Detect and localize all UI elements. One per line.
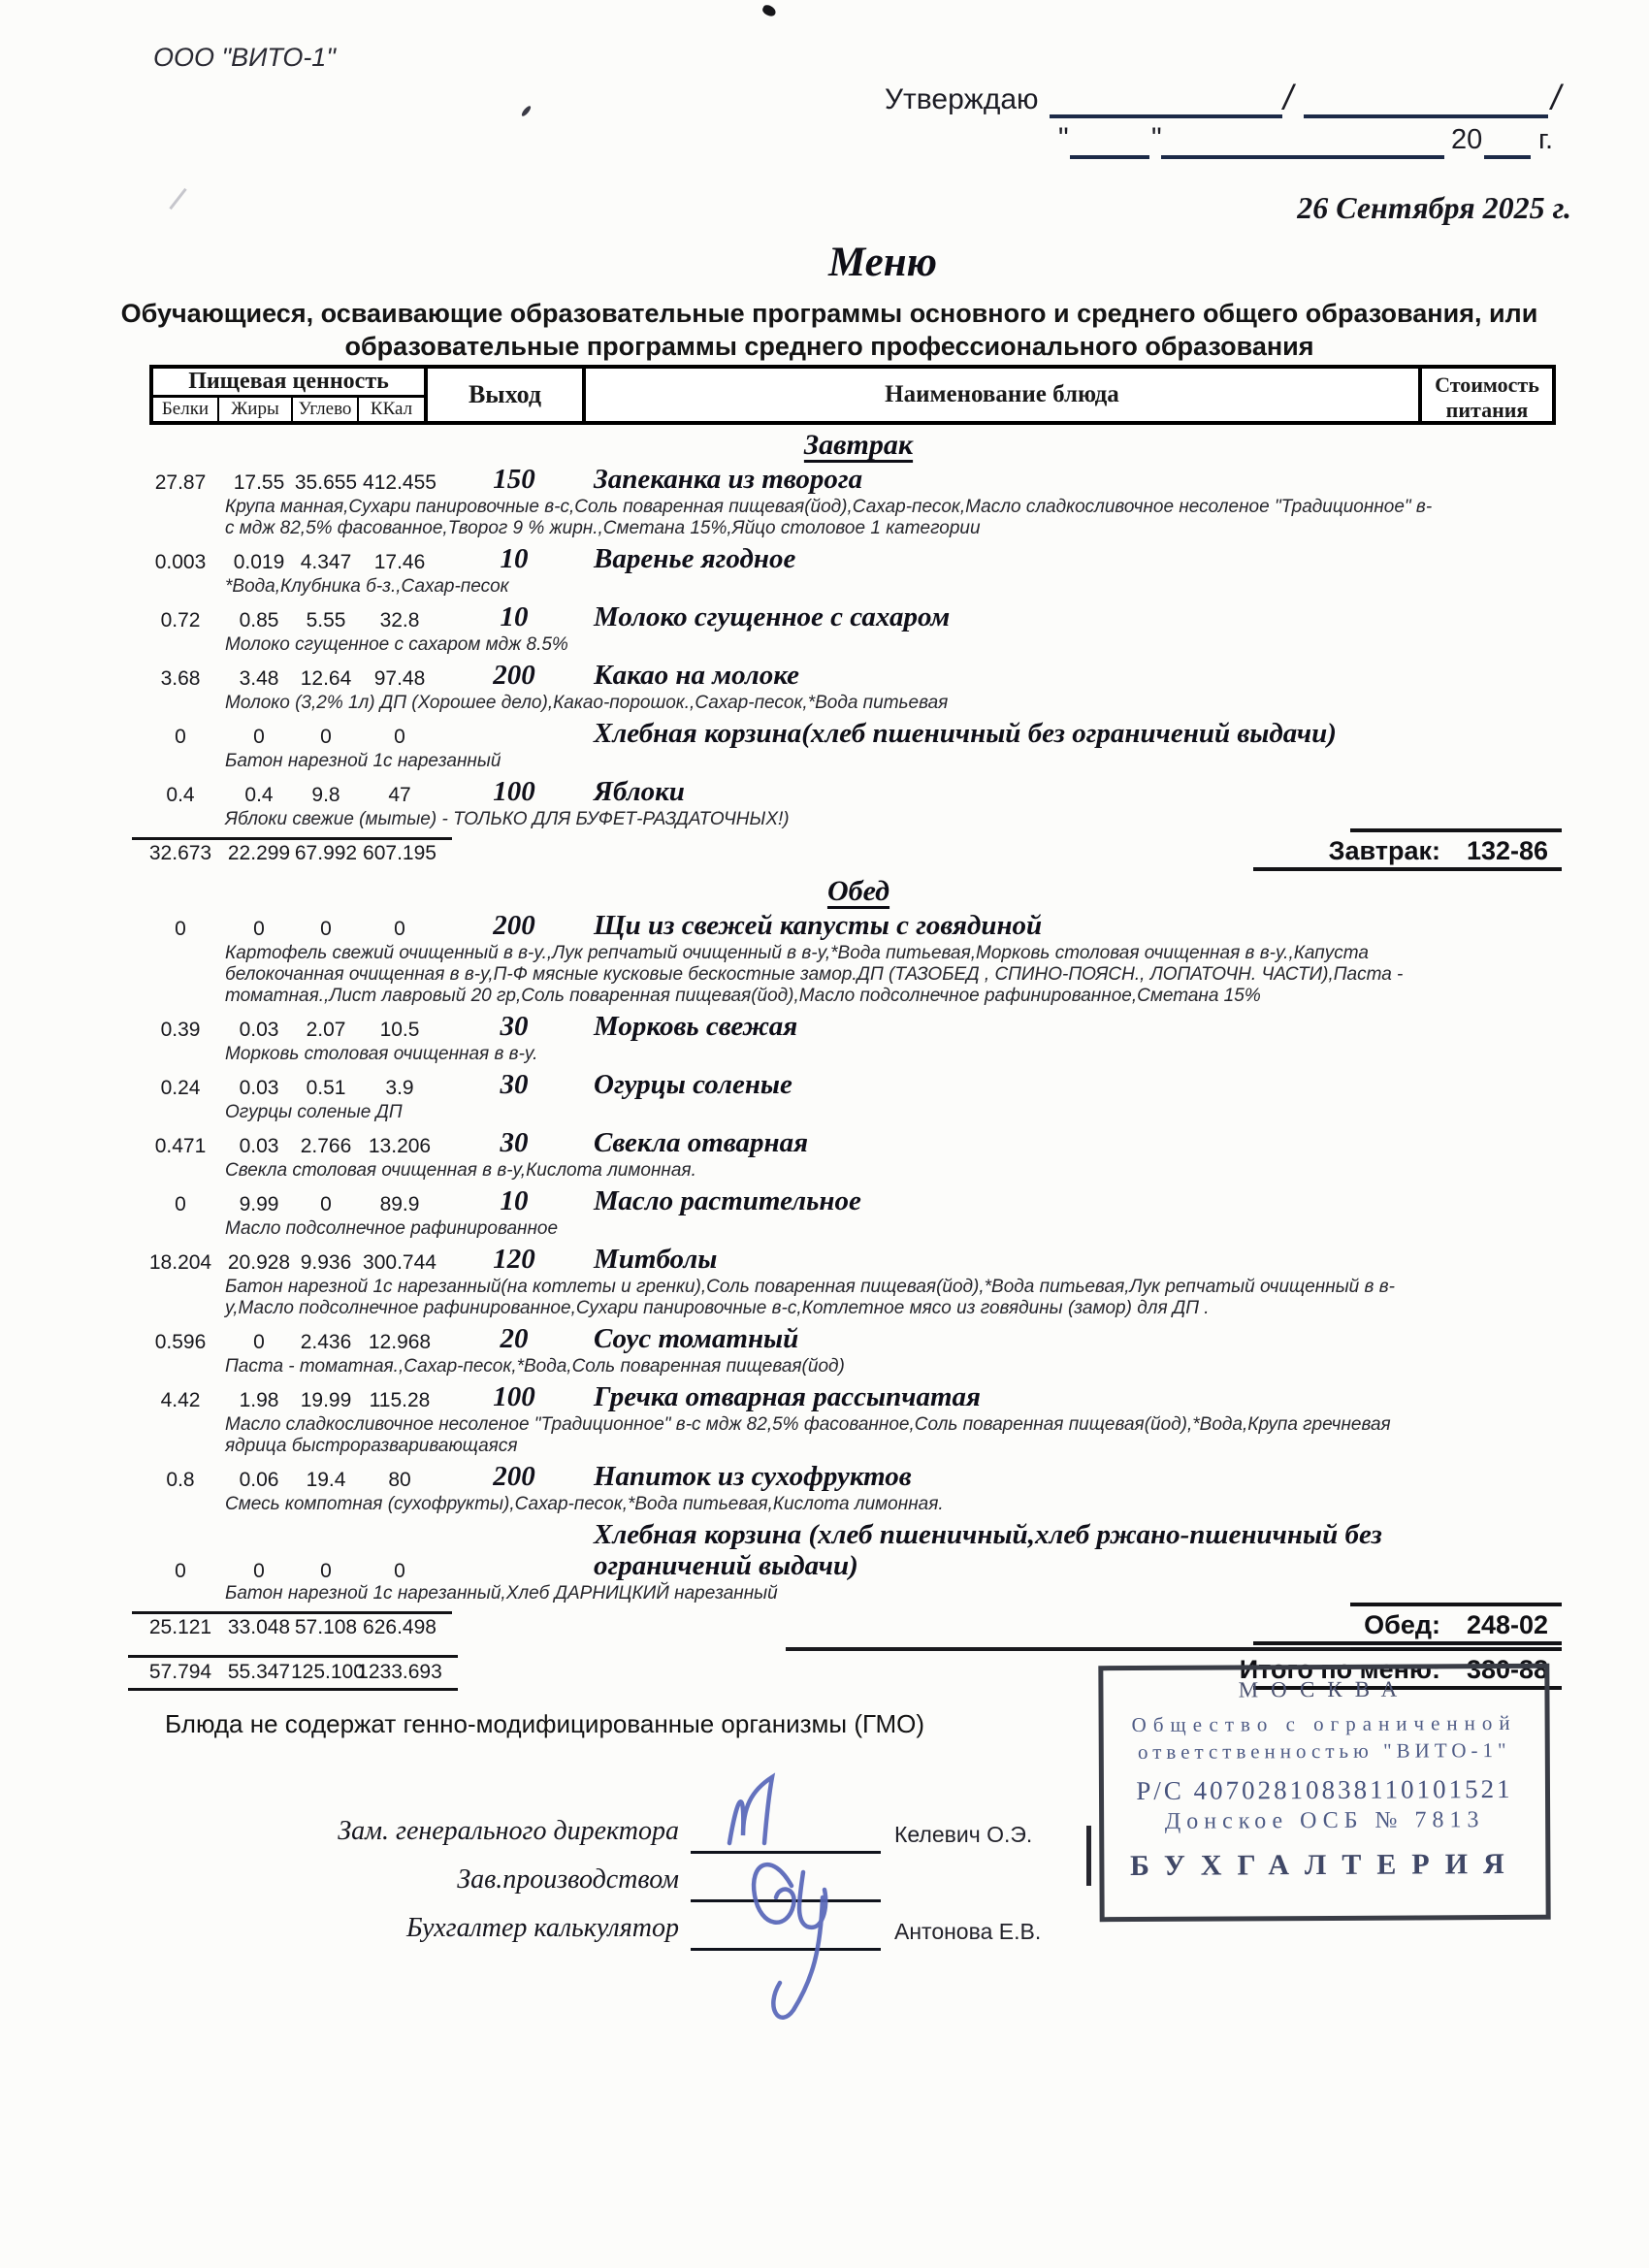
protein-value: 0.471 — [134, 1135, 227, 1158]
kcal-column-header: ККал — [359, 398, 424, 421]
nutrition-header-group: Пищевая ценность Белки Жиры Углево ККал — [153, 369, 428, 421]
portion-value: 10 — [441, 543, 587, 575]
dish-name: Свекла отварная — [594, 1127, 1408, 1158]
dish-ingredients: Огурцы соленые ДП — [225, 1102, 1438, 1123]
dish-name: Митболы — [594, 1244, 1408, 1275]
menu-row: 0.003 0.019 4.347 17.46 10 Варенье ягодн… — [0, 543, 1649, 598]
approve-signature-line — [1050, 114, 1282, 118]
portion-value: 120 — [441, 1244, 587, 1276]
kcal-value: 10.5 — [357, 1019, 442, 1042]
fat-value: 0 — [225, 918, 293, 941]
menu-body: Завтрак 27.87 17.55 35.655 412.455 150 З… — [0, 425, 1649, 1739]
portion-value: 20 — [441, 1323, 587, 1355]
portion-value: 10 — [441, 601, 587, 633]
dish-name: Запеканка из творога — [594, 464, 1408, 495]
fat-value: 0.03 — [225, 1077, 293, 1100]
dish-name: Хлебная корзина (хлеб пшеничный,хлеб ржа… — [594, 1519, 1408, 1581]
kcal-value: 47 — [357, 784, 442, 807]
carbs-value: 5.55 — [291, 609, 361, 632]
kcal-value: 32.8 — [357, 609, 442, 632]
dish-name: Яблоки — [594, 776, 1408, 807]
fat-value: 0.03 — [225, 1019, 293, 1042]
dish-name: Соус томатный — [594, 1323, 1408, 1354]
approve-slash: / — [1283, 78, 1293, 118]
carbs-value: 4.347 — [291, 551, 361, 574]
menu-row: 0.596 0 2.436 12.968 20 Соус томатный Па… — [0, 1323, 1649, 1377]
org-name: ООО "ВИТО-1" — [153, 43, 336, 73]
menu-row: 0.72 0.85 5.55 32.8 10 Молоко сгущенное … — [0, 601, 1649, 656]
grand-total-underline — [128, 1688, 458, 1691]
menu-row: 18.204 20.928 9.936 300.744 120 Митболы … — [0, 1244, 1649, 1319]
totals-protein: 32.673 — [134, 842, 227, 865]
stamp-account-number: Р/С 40702810838110101521 — [1104, 1774, 1545, 1806]
grand-protein: 57.794 — [134, 1661, 227, 1684]
nutrition-subheaders: Белки Жиры Углево ККал — [153, 398, 424, 421]
lunch-total-label: Обед: — [1364, 1610, 1440, 1640]
protein-value: 0 — [134, 1560, 227, 1583]
document-date: 26 Сентября 2025 г. — [1086, 190, 1571, 226]
document-title: Меню — [155, 239, 1610, 286]
signature-role: Зам. генерального директора — [338, 1816, 679, 1847]
totals-kcal: 607.195 — [357, 842, 442, 865]
breakfast-rows: 27.87 17.55 35.655 412.455 150 Запеканка… — [0, 464, 1649, 830]
approve-year-line — [1484, 155, 1531, 159]
carbs-value: 19.4 — [291, 1469, 361, 1492]
menu-row: 4.42 1.98 19.99 115.28 100 Гречка отварн… — [0, 1381, 1649, 1457]
dish-ingredients: Масло сладкосливочное несоленое "Традици… — [225, 1414, 1438, 1457]
dish-name: Морковь свежая — [594, 1011, 1408, 1042]
approve-block: Утверждаю / / " " 20 г. — [873, 83, 1581, 190]
amount-overline — [1350, 1603, 1562, 1606]
kcal-value: 17.46 — [357, 551, 442, 574]
carbs-value: 9.8 — [291, 784, 361, 807]
dish-name: Масло растительное — [594, 1185, 1408, 1216]
dish-ingredients: Яблоки свежие (мытые) - ТОЛЬКО ДЛЯ БУФЕТ… — [225, 809, 1438, 830]
approve-label: Утверждаю — [885, 83, 1039, 116]
approve-slash: / — [1551, 78, 1561, 118]
scanned-menu-document: ООО "ВИТО-1" Утверждаю / / " " 20 г. 26 … — [0, 0, 1649, 2268]
dish-name: Напиток из сухофруктов — [594, 1461, 1408, 1492]
fat-value: 0 — [225, 1331, 293, 1354]
scan-artifact — [520, 105, 532, 117]
document-subtitle: Обучающиеся, осваивающие образовательные… — [116, 297, 1542, 363]
protein-value: 0 — [134, 918, 227, 941]
fat-value: 17.55 — [225, 471, 293, 495]
kcal-value: 0 — [357, 918, 442, 941]
date-quote-close: " — [1151, 122, 1162, 155]
dish-ingredients: Паста - томатная.,Сахар-песок,*Вода,Соль… — [225, 1356, 1438, 1377]
carbs-value: 2.07 — [291, 1019, 361, 1042]
lunch-rows: 0 0 0 0 200 Щи из свежей капусты с говяд… — [0, 910, 1649, 1604]
protein-value: 0.4 — [134, 784, 227, 807]
carbs-value: 9.936 — [291, 1251, 361, 1275]
lunch-totals-row: 25.121 33.048 57.108 626.498 Обед: 248-0… — [0, 1608, 1649, 1645]
fat-value: 9.99 — [225, 1193, 293, 1216]
protein-value: 3.68 — [134, 667, 227, 691]
menu-row: 0.8 0.06 19.4 80 200 Напиток из сухофрук… — [0, 1461, 1649, 1515]
menu-row: 0.24 0.03 0.51 3.9 30 Огурцы соленые Огу… — [0, 1069, 1649, 1123]
dish-ingredients: Батон нарезной 1с нарезанный(на котлеты … — [225, 1277, 1438, 1319]
signature-role: Зав.производством — [457, 1864, 679, 1895]
kcal-value: 3.9 — [357, 1077, 442, 1100]
protein-value: 4.42 — [134, 1389, 227, 1412]
portion-value: 30 — [441, 1011, 587, 1043]
dish-name: Хлебная корзина(хлеб пшеничный без огран… — [594, 718, 1408, 749]
carbs-column-header: Углево — [293, 398, 359, 421]
kcal-value: 300.744 — [357, 1251, 442, 1275]
menu-row: 0 0 0 0 200 Щи из свежей капусты с говяд… — [0, 910, 1649, 1007]
totals-protein: 25.121 — [134, 1616, 227, 1639]
carbs-value: 19.99 — [291, 1389, 361, 1412]
fat-value: 1.98 — [225, 1389, 293, 1412]
carbs-value: 0 — [291, 1193, 361, 1216]
date-quote-open: " — [1058, 122, 1069, 155]
kcal-value: 97.48 — [357, 667, 442, 691]
grand-carbs: 125.100 — [291, 1661, 361, 1684]
kcal-value: 115.28 — [357, 1389, 442, 1412]
menu-row: 0.471 0.03 2.766 13.206 30 Свекла отварн… — [0, 1127, 1649, 1182]
dish-name: Огурцы соленые — [594, 1069, 1408, 1100]
menu-row: 27.87 17.55 35.655 412.455 150 Запеканка… — [0, 464, 1649, 539]
protein-column-header: Белки — [153, 398, 219, 421]
grand-total-overline — [128, 1655, 458, 1658]
protein-value: 0 — [134, 1193, 227, 1216]
protein-value: 18.204 — [134, 1251, 227, 1275]
approve-day-line — [1070, 155, 1149, 159]
protein-value: 0.39 — [134, 1019, 227, 1042]
fat-column-header: Жиры — [219, 398, 293, 421]
carbs-value: 12.64 — [291, 667, 361, 691]
totals-overline — [132, 837, 452, 840]
dish-column-header: Наименование блюда — [586, 369, 1422, 421]
kcal-value: 89.9 — [357, 1193, 442, 1216]
signature-row-accountant: Бухгалтер калькулятор Антонова Е.В. — [0, 1907, 1649, 1956]
protein-value: 0.72 — [134, 609, 227, 632]
dish-ingredients: Батон нарезной 1с нарезанный — [225, 751, 1438, 772]
menu-row: 3.68 3.48 12.64 97.48 200 Какао на молок… — [0, 660, 1649, 714]
approve-year-suffix: г. — [1538, 124, 1553, 156]
portion-value: 100 — [441, 1381, 587, 1413]
stamp-city: МОСКВА — [1103, 1676, 1544, 1703]
signature-line — [691, 1851, 881, 1854]
fat-value: 0 — [225, 726, 293, 749]
dish-name: Какао на молоке — [594, 660, 1408, 691]
approve-month-line — [1161, 155, 1444, 159]
signature-role: Бухгалтер калькулятор — [406, 1913, 679, 1944]
fat-value: 0.019 — [225, 551, 293, 574]
portion-column-header: Выход — [428, 369, 586, 421]
dish-name: Варенье ягодное — [594, 543, 1408, 574]
portion-value: 150 — [441, 464, 587, 496]
table-header: Пищевая ценность Белки Жиры Углево ККал … — [149, 365, 1556, 425]
fat-value: 20.928 — [225, 1251, 293, 1275]
scan-artifact — [169, 188, 186, 210]
portion-value: 30 — [441, 1127, 587, 1159]
menu-row: 0 0 0 0 Хлебная корзина (хлеб пшеничный,… — [0, 1519, 1649, 1604]
amount-underline — [1253, 867, 1562, 871]
lunch-total-amount: 248-02 — [1453, 1610, 1562, 1640]
signature-name: Келевич О.Э. — [894, 1822, 1032, 1848]
protein-value: 27.87 — [134, 471, 227, 495]
totals-overline — [132, 1611, 452, 1614]
portion-value: 30 — [441, 1069, 587, 1101]
portion-value: 200 — [441, 660, 587, 692]
kcal-value: 12.968 — [357, 1331, 442, 1354]
approve-name-line — [1304, 114, 1548, 118]
grand-kcal: 1233.693 — [357, 1661, 442, 1684]
fat-value: 3.48 — [225, 667, 293, 691]
fat-value: 0.85 — [225, 609, 293, 632]
kcal-value: 412.455 — [357, 471, 442, 495]
scan-artifact — [1086, 1826, 1091, 1886]
menu-row: 0.39 0.03 2.07 10.5 30 Морковь свежая Мо… — [0, 1011, 1649, 1065]
carbs-value: 35.655 — [291, 471, 361, 495]
stamp-org-line2: ответственностью "ВИТО-1" — [1104, 1738, 1545, 1765]
cost-column-header: Стоимость питания — [1422, 369, 1552, 421]
protein-value: 0.8 — [134, 1469, 227, 1492]
carbs-value: 0 — [291, 726, 361, 749]
grand-fat: 55.347 — [225, 1661, 293, 1684]
signature-name: Антонова Е.В. — [894, 1919, 1041, 1945]
kcal-value: 0 — [357, 726, 442, 749]
amount-overline — [1350, 828, 1562, 832]
section-header-lunch: Обед — [0, 875, 1649, 908]
signatures-block: Зам. генерального директора Келевич О.Э.… — [0, 1810, 1649, 1956]
signature-line — [691, 1948, 881, 1951]
dish-ingredients: Картофель свежий очищенный в в-у.,Лук ре… — [225, 943, 1438, 1007]
kcal-value: 13.206 — [357, 1135, 442, 1158]
portion-value: 200 — [441, 910, 587, 942]
portion-value: 10 — [441, 1185, 587, 1217]
signature-row-production-manager: Зав.производством — [0, 1859, 1649, 1907]
protein-value: 0.596 — [134, 1331, 227, 1354]
protein-value: 0.24 — [134, 1077, 227, 1100]
amount-overline — [1350, 1647, 1562, 1651]
breakfast-totals-row: 32.673 22.299 67.992 607.195 Завтрак: 13… — [0, 834, 1649, 871]
totals-carbs: 57.108 — [291, 1616, 361, 1639]
totals-fat: 33.048 — [225, 1616, 293, 1639]
approve-year-prefix: 20 — [1451, 124, 1482, 156]
dish-ingredients: Свекла столовая очищенная в в-у,Кислота … — [225, 1160, 1438, 1182]
dish-name: Щи из свежей капусты с говядиной — [594, 910, 1408, 941]
dish-ingredients: Крупа манная,Сухари панировочные в-с,Сол… — [225, 497, 1438, 539]
menu-row: 0 9.99 0 89.9 10 Масло растительное Масл… — [0, 1185, 1649, 1240]
menu-row: 0 0 0 0 Хлебная корзина(хлеб пшеничный б… — [0, 718, 1649, 772]
dish-ingredients: *Вода,Клубника б-з.,Сахар-песок — [225, 576, 1438, 598]
carbs-value: 0 — [291, 1560, 361, 1583]
signature-line — [691, 1899, 881, 1902]
dish-ingredients: Молоко сгущенное с сахаром мдж 8.5% — [225, 634, 1438, 656]
fat-value: 0 — [225, 1560, 293, 1583]
stamp-org-line1: Общество с ограниченной — [1104, 1711, 1545, 1737]
dish-name: Молоко сгущенное с сахаром — [594, 601, 1408, 632]
kcal-value: 80 — [357, 1469, 442, 1492]
dish-ingredients: Молоко (3,2% 1л) ДП (Хорошее дело),Какао… — [225, 693, 1438, 714]
carbs-value: 0.51 — [291, 1077, 361, 1100]
fat-value: 0.06 — [225, 1469, 293, 1492]
dish-ingredients: Батон нарезной 1с нарезанный,Хлеб ДАРНИЦ… — [225, 1583, 1438, 1604]
totals-carbs: 67.992 — [291, 842, 361, 865]
breakfast-total-label: Завтрак: — [1329, 836, 1440, 866]
signature-row-deputy-director: Зам. генерального директора Келевич О.Э. — [0, 1810, 1649, 1859]
dish-name: Гречка отварная рассыпчатая — [594, 1381, 1408, 1412]
totals-fat: 22.299 — [225, 842, 293, 865]
carbs-value: 2.436 — [291, 1331, 361, 1354]
breakfast-total-amount: 132-86 — [1453, 836, 1562, 866]
nutrition-header: Пищевая ценность — [153, 369, 424, 398]
menu-row: 0.4 0.4 9.8 47 100 Яблоки Яблоки свежие … — [0, 776, 1649, 830]
portion-value: 200 — [441, 1461, 587, 1493]
scan-artifact — [761, 4, 778, 18]
section-header-breakfast: Завтрак — [0, 429, 1649, 462]
carbs-value: 0 — [291, 918, 361, 941]
fat-value: 0.4 — [225, 784, 293, 807]
totals-kcal: 626.498 — [357, 1616, 442, 1639]
dish-ingredients: Морковь столовая очищенная в в-у. — [225, 1044, 1438, 1065]
portion-value: 100 — [441, 776, 587, 808]
carbs-value: 2.766 — [291, 1135, 361, 1158]
kcal-value: 0 — [357, 1560, 442, 1583]
protein-value: 0 — [134, 726, 227, 749]
dish-ingredients: Смесь компотная (сухофрукты),Сахар-песок… — [225, 1494, 1438, 1515]
fat-value: 0.03 — [225, 1135, 293, 1158]
protein-value: 0.003 — [134, 551, 227, 574]
dish-ingredients: Масло подсолнечное рафинированное — [225, 1218, 1438, 1240]
